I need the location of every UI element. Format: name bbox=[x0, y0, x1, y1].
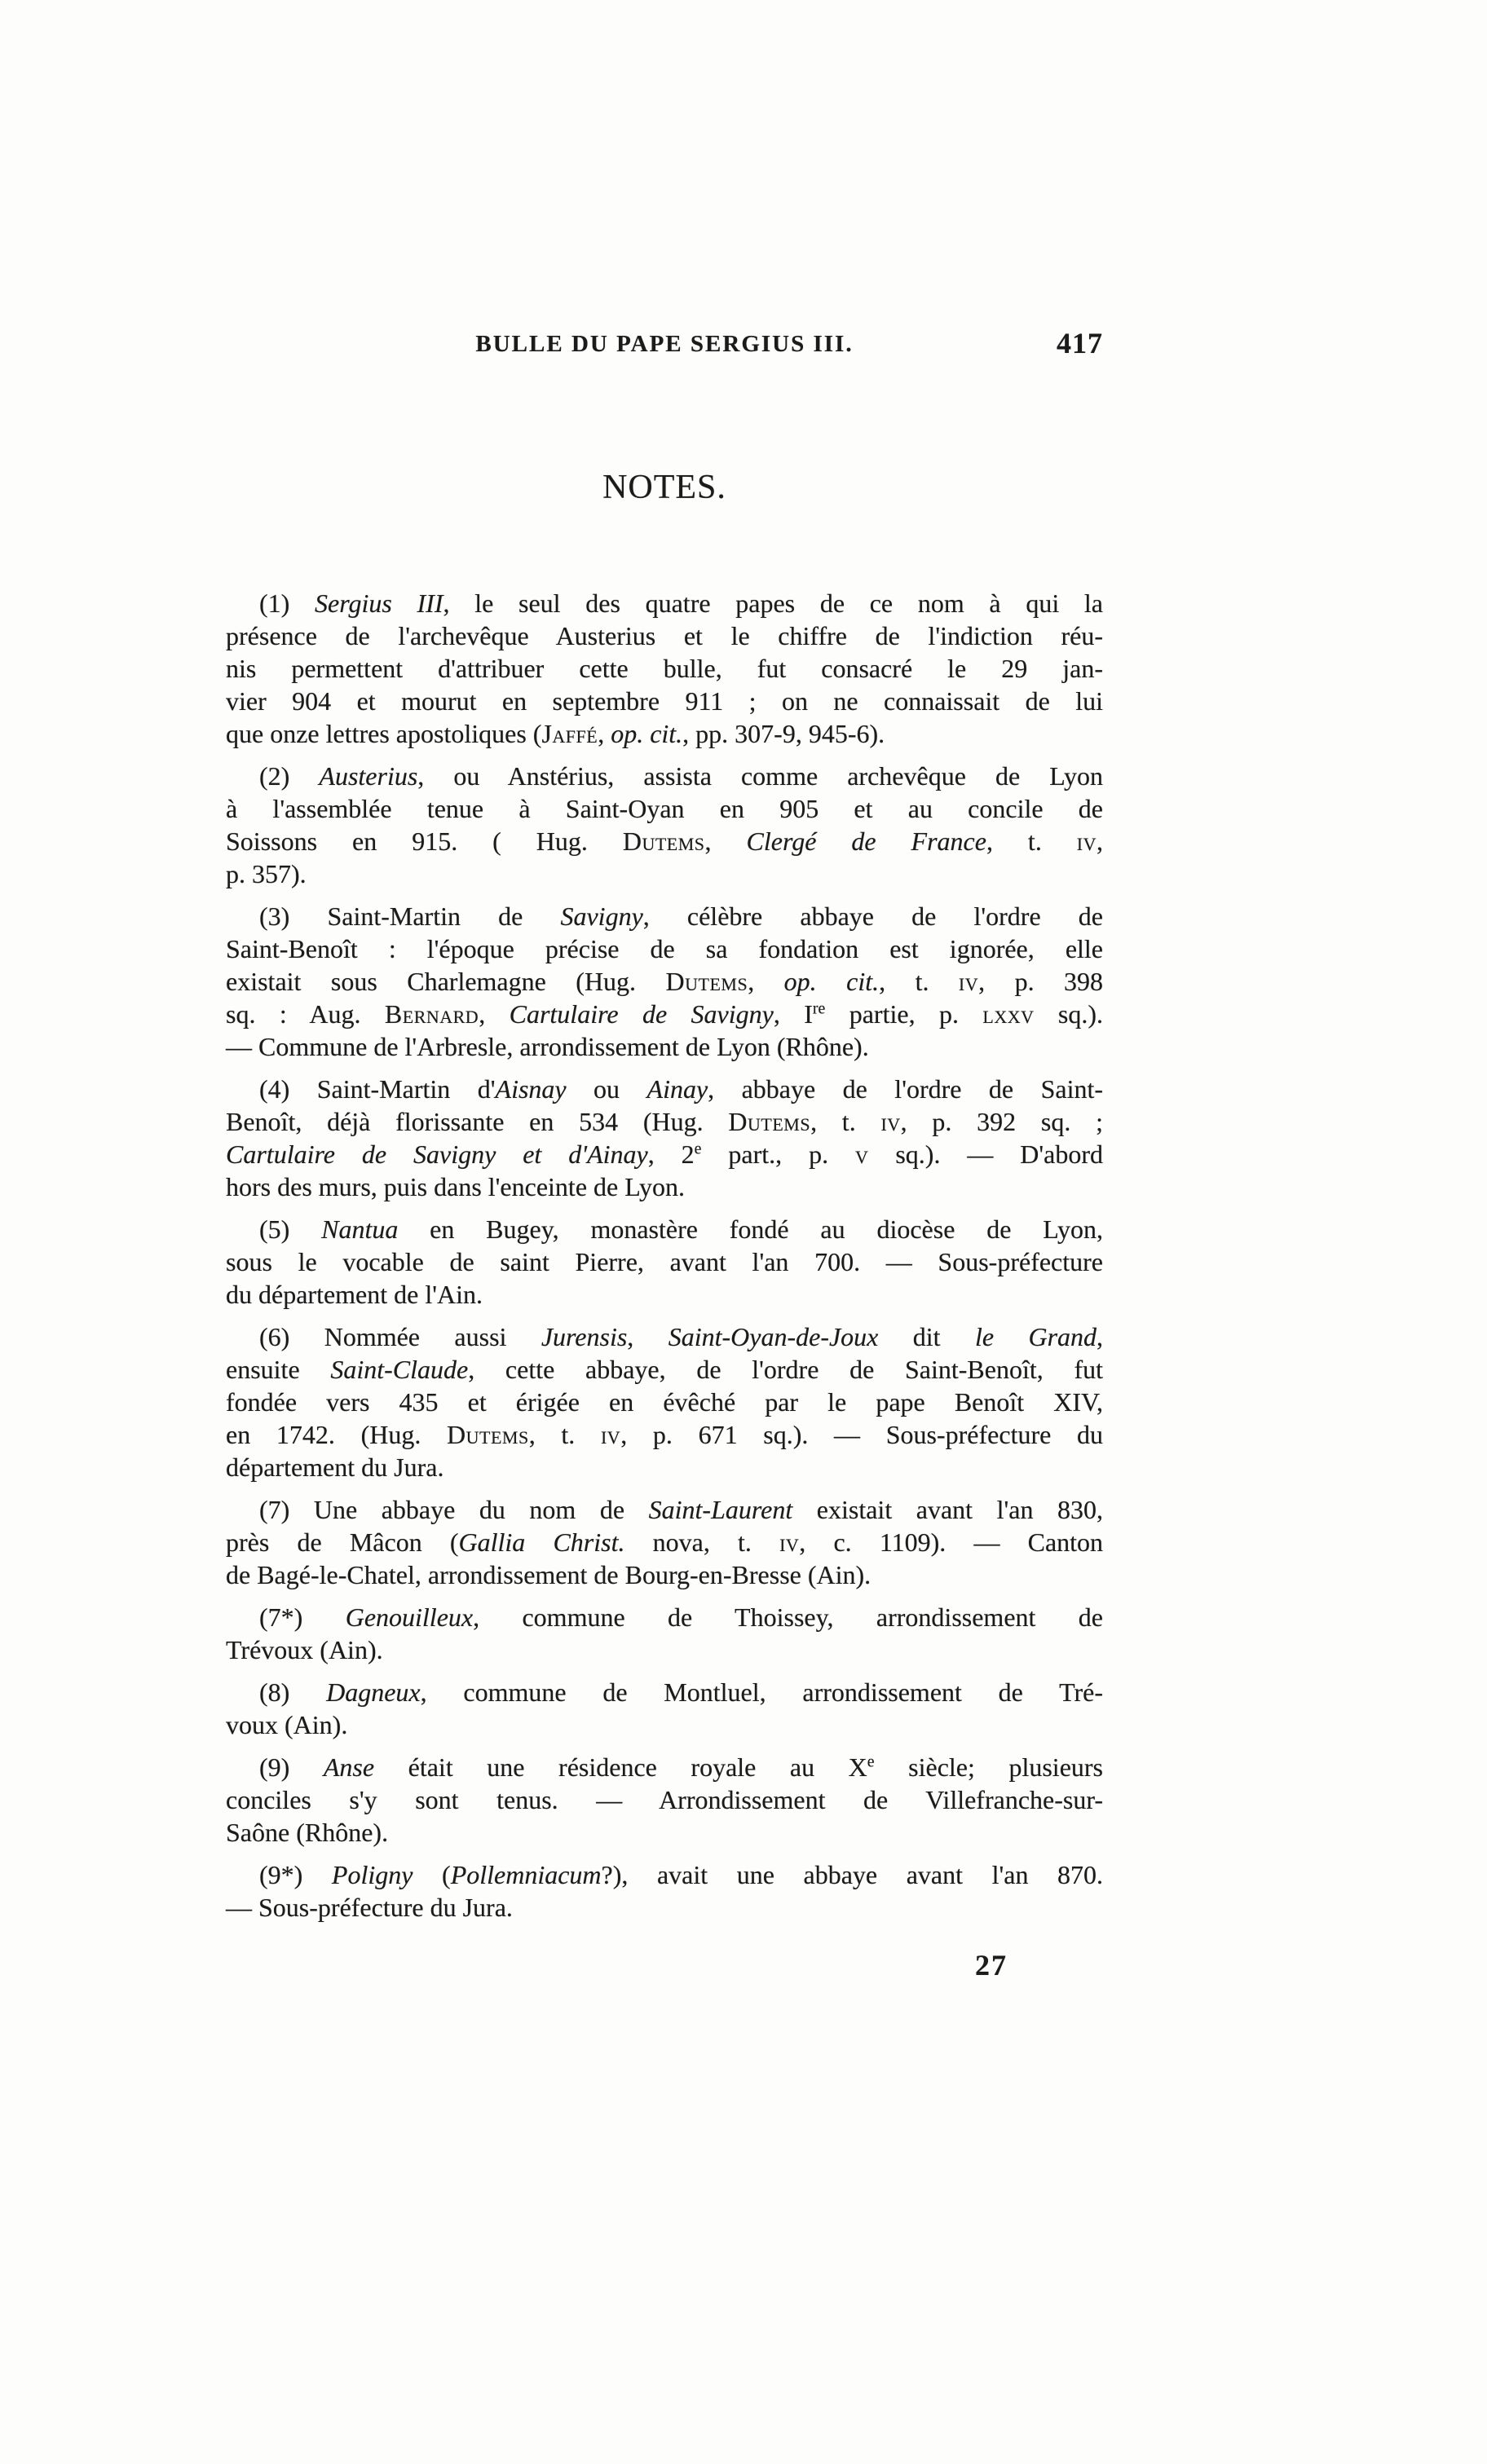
note-text-segment: nova, t. bbox=[625, 1527, 780, 1557]
note-text-segment: (7*) bbox=[259, 1602, 346, 1632]
note-text-segment: Saint-Claude bbox=[330, 1355, 468, 1384]
note-text-segment: Trévoux (Ain). bbox=[226, 1635, 383, 1664]
note-text-segment: op. cit. bbox=[784, 967, 879, 996]
note-text-segment: , bbox=[479, 999, 509, 1029]
note-line: (5) Nantua en Bugey, monastère fondé au … bbox=[226, 1213, 1103, 1245]
note-line: près de Mâcon (Gallia Christ. nova, t. i… bbox=[226, 1526, 1103, 1558]
note-text-segment: , I bbox=[774, 999, 813, 1029]
note-text-segment: , p. 398 bbox=[978, 967, 1103, 996]
signature-mark: 27 bbox=[975, 1948, 1008, 1982]
note-text-segment: Anse bbox=[324, 1752, 374, 1782]
note-text-segment: Jaffé bbox=[541, 719, 598, 748]
note-text-segment: Benoît, déjà florissante en 534 (Hug. bbox=[226, 1107, 728, 1136]
note-text-segment: en 1742. (Hug. bbox=[226, 1420, 447, 1449]
note-text-segment: (9*) bbox=[259, 1860, 332, 1889]
note-text-segment: Cartulaire de Savigny bbox=[510, 999, 774, 1029]
note-text-segment: (8) bbox=[259, 1677, 326, 1707]
note-text-segment: (3) Saint-Martin de bbox=[259, 901, 560, 931]
notes-body: (1) Sergius III, le seul des quatre pape… bbox=[226, 587, 1103, 1924]
note-line: Benoît, déjà florissante en 534 (Hug. Du… bbox=[226, 1105, 1103, 1138]
note-text-segment: Clergé de France bbox=[747, 826, 986, 856]
note-paragraph: (6) Nommée aussi Jurensis, Saint-Oyan-de… bbox=[226, 1320, 1103, 1483]
note-text-segment: — Commune de l'Arbresle, arrondissement … bbox=[226, 1032, 869, 1061]
note-text-segment: Nantua bbox=[321, 1214, 398, 1244]
note-text-segment: Saône (Rhône). bbox=[226, 1818, 388, 1847]
note-text-segment: Bernard bbox=[385, 999, 479, 1029]
note-line: Saint-Benoît : l'époque précise de sa fo… bbox=[226, 932, 1103, 965]
note-text-segment: ?), avait une abbaye avant l'an 870. bbox=[602, 1860, 1104, 1889]
note-text-segment: (9) bbox=[259, 1752, 324, 1782]
note-text-segment: , bbox=[705, 826, 747, 856]
note-text-segment: en Bugey, monastère fondé au diocèse de … bbox=[398, 1214, 1103, 1244]
note-line: à l'assemblée tenue à Saint-Oyan en 905 … bbox=[226, 792, 1103, 825]
note-line: conciles s'y sont tenus. — Arrondissemen… bbox=[226, 1783, 1103, 1816]
note-text-segment: existait sous Charlemagne (Hug. bbox=[226, 967, 666, 996]
note-line: (6) Nommée aussi Jurensis, Saint-Oyan-de… bbox=[226, 1320, 1103, 1353]
note-line: existait sous Charlemagne (Hug. Dutems, … bbox=[226, 965, 1103, 998]
note-text-segment: , 2 bbox=[648, 1139, 695, 1169]
section-heading: NOTES. bbox=[226, 468, 1103, 507]
note-text-segment: (5) bbox=[259, 1214, 321, 1244]
note-line: (8) Dagneux, commune de Montluel, arrond… bbox=[226, 1676, 1103, 1708]
note-paragraph: (9*) Poligny (Pollemniacum?), avait une … bbox=[226, 1858, 1103, 1924]
note-text-segment: le Grand bbox=[975, 1322, 1096, 1351]
note-text-segment: du département de l'Ain. bbox=[226, 1280, 483, 1309]
note-text-segment: Dutems bbox=[728, 1107, 810, 1136]
running-header: BULLE DU PAPE SERGIUS III. 417 bbox=[226, 328, 1103, 364]
note-line: (9*) Poligny (Pollemniacum?), avait une … bbox=[226, 1858, 1103, 1891]
note-paragraph: (3) Saint-Martin de Savigny, célèbre abb… bbox=[226, 900, 1103, 1063]
note-text-segment: Austerius bbox=[319, 761, 417, 791]
note-text-segment: Sergius III bbox=[315, 588, 443, 618]
note-line: département du Jura. bbox=[226, 1451, 1103, 1483]
note-text-segment: Saint-Oyan-de-Joux bbox=[668, 1322, 879, 1351]
note-text-segment: Genouilleux bbox=[346, 1602, 473, 1632]
note-text-segment: que onze lettres apostoliques ( bbox=[226, 719, 541, 748]
note-text-segment: ( bbox=[413, 1860, 450, 1889]
scanned-book-page: BULLE DU PAPE SERGIUS III. 417 NOTES. (1… bbox=[0, 0, 1487, 2464]
note-text-segment: , le seul des quatre papes de ce nom à q… bbox=[443, 588, 1104, 618]
note-paragraph: (7*) Genouilleux, commune de Thoissey, a… bbox=[226, 1601, 1103, 1666]
note-text-segment: Pollemniacum bbox=[451, 1860, 602, 1889]
note-text-segment: lxxv bbox=[982, 999, 1034, 1029]
note-text-segment: re bbox=[813, 999, 825, 1017]
note-paragraph: (2) Austerius, ou Anstérius, assista com… bbox=[226, 760, 1103, 890]
note-line: hors des murs, puis dans l'enceinte de L… bbox=[226, 1170, 1103, 1203]
note-text-segment: Saint-Benoît : l'époque précise de sa fo… bbox=[226, 934, 1103, 963]
note-line: ensuite Saint-Claude, cette abbaye, de l… bbox=[226, 1353, 1103, 1386]
note-line: Saône (Rhône). bbox=[226, 1816, 1103, 1849]
note-text-segment: , p. 671 sq.). — Sous-préfecture du bbox=[620, 1420, 1103, 1449]
note-line: que onze lettres apostoliques (Jaffé, op… bbox=[226, 717, 1103, 750]
note-text-segment: (1) bbox=[259, 588, 315, 618]
note-text-segment: Poligny bbox=[332, 1860, 413, 1889]
note-text-segment: près de Mâcon ( bbox=[226, 1527, 459, 1557]
note-text-segment: partie, p. bbox=[825, 999, 982, 1029]
note-text-segment: vier 904 et mourut en septembre 911 ; on… bbox=[226, 686, 1103, 716]
note-line: de Bagé-le-Chatel, arrondissement de Bou… bbox=[226, 1558, 1103, 1591]
note-text-segment: iv bbox=[880, 1107, 900, 1136]
note-text-segment: Gallia Christ. bbox=[459, 1527, 625, 1557]
note-line: (3) Saint-Martin de Savigny, célèbre abb… bbox=[226, 900, 1103, 932]
note-text-segment: , t. bbox=[879, 967, 959, 996]
note-text-segment: nis permettent d'attribuer cette bulle, … bbox=[226, 654, 1103, 683]
note-line: sous le vocable de saint Pierre, avant l… bbox=[226, 1245, 1103, 1278]
note-text-segment: Dutems bbox=[447, 1420, 529, 1449]
note-text-segment: , c. 1109). — Canton bbox=[799, 1527, 1103, 1557]
note-text-segment: (2) bbox=[259, 761, 319, 791]
note-text-segment: iv bbox=[779, 1527, 799, 1557]
note-text-segment: Jurensis bbox=[541, 1322, 627, 1351]
note-text-segment: (4) Saint-Martin d' bbox=[259, 1074, 496, 1104]
note-text-segment: Dutems bbox=[666, 967, 748, 996]
note-paragraph: (7) Une abbaye du nom de Saint-Laurent e… bbox=[226, 1493, 1103, 1591]
note-paragraph: (8) Dagneux, commune de Montluel, arrond… bbox=[226, 1676, 1103, 1741]
note-text-segment: , commune de Thoissey, arrondissement de bbox=[473, 1602, 1103, 1632]
note-line: voux (Ain). bbox=[226, 1708, 1103, 1741]
note-text-segment: Dagneux bbox=[326, 1677, 421, 1707]
note-text-segment: était une résidence royale au X bbox=[374, 1752, 867, 1782]
note-text-segment: , ou Anstérius, assista comme archevêque… bbox=[417, 761, 1103, 791]
note-line: (7*) Genouilleux, commune de Thoissey, a… bbox=[226, 1601, 1103, 1633]
page-number: 417 bbox=[1057, 326, 1103, 360]
note-text-segment: , bbox=[1096, 1322, 1103, 1351]
note-line: (4) Saint-Martin d'Aisnay ou Ainay, abba… bbox=[226, 1073, 1103, 1105]
note-text-segment: iv bbox=[959, 967, 978, 996]
note-text-segment: e bbox=[867, 1752, 875, 1770]
note-text-segment: de Bagé-le-Chatel, arrondissement de Bou… bbox=[226, 1560, 871, 1589]
note-text-segment: , commune de Montluel, arrondissement de… bbox=[421, 1677, 1103, 1707]
note-text-segment: Dutems bbox=[623, 826, 705, 856]
note-line: Soissons en 915. ( Hug. Dutems, Clergé d… bbox=[226, 825, 1103, 857]
note-text-segment: op. cit. bbox=[611, 719, 682, 748]
note-text-segment: , p. 392 sq. ; bbox=[901, 1107, 1103, 1136]
note-line: (2) Austerius, ou Anstérius, assista com… bbox=[226, 760, 1103, 792]
note-text-segment: sous le vocable de saint Pierre, avant l… bbox=[226, 1247, 1103, 1276]
note-text-segment: , bbox=[1096, 826, 1103, 856]
note-text-segment: conciles s'y sont tenus. — Arrondissemen… bbox=[226, 1785, 1103, 1814]
note-text-segment: , bbox=[627, 1322, 668, 1351]
note-text-segment: Savigny bbox=[560, 901, 642, 931]
note-text-segment: Aisnay bbox=[496, 1074, 567, 1104]
note-line: fondée vers 435 et érigée en évêché par … bbox=[226, 1386, 1103, 1418]
note-text-segment: voux (Ain). bbox=[226, 1710, 347, 1739]
note-line: (7) Une abbaye du nom de Saint-Laurent e… bbox=[226, 1493, 1103, 1526]
note-line: (9) Anse était une résidence royale au X… bbox=[226, 1751, 1103, 1783]
note-line: vier 904 et mourut en septembre 911 ; on… bbox=[226, 685, 1103, 717]
note-text-segment: , bbox=[598, 719, 611, 748]
note-text-segment: , t. bbox=[529, 1420, 601, 1449]
note-text-segment: Cartulaire de Savigny et d'Ainay bbox=[226, 1139, 648, 1169]
note-text-segment: Soissons en 915. ( Hug. bbox=[226, 826, 623, 856]
note-text-segment: , bbox=[748, 967, 783, 996]
note-text-segment: ensuite bbox=[226, 1355, 330, 1384]
note-text-segment: part., p. bbox=[701, 1139, 855, 1169]
note-text-segment: Saint-Laurent bbox=[649, 1495, 793, 1524]
note-text-segment: iv bbox=[601, 1420, 620, 1449]
note-text-segment: , célèbre abbaye de l'ordre de bbox=[643, 901, 1103, 931]
note-text-segment: sq. : Aug. bbox=[226, 999, 385, 1029]
note-text-segment: Ainay bbox=[647, 1074, 708, 1104]
note-text-segment: , pp. 307-9, 945-6). bbox=[682, 719, 885, 748]
note-paragraph: (1) Sergius III, le seul des quatre pape… bbox=[226, 587, 1103, 750]
note-text-segment: v bbox=[855, 1139, 868, 1169]
note-text-segment: présence de l'archevêque Austerius et le… bbox=[226, 621, 1103, 650]
note-paragraph: (5) Nantua en Bugey, monastère fondé au … bbox=[226, 1213, 1103, 1311]
note-text-segment: dit bbox=[878, 1322, 975, 1351]
note-line: (1) Sergius III, le seul des quatre pape… bbox=[226, 587, 1103, 619]
note-line: p. 357). bbox=[226, 857, 1103, 890]
note-text-segment: p. 357). bbox=[226, 859, 307, 888]
note-text-segment: , t. bbox=[810, 1107, 880, 1136]
note-line: Trévoux (Ain). bbox=[226, 1633, 1103, 1666]
note-line: en 1742. (Hug. Dutems, t. iv, p. 671 sq.… bbox=[226, 1418, 1103, 1451]
note-text-segment: , abbaye de l'ordre de Saint- bbox=[708, 1074, 1103, 1104]
running-title: BULLE DU PAPE SERGIUS III. bbox=[226, 331, 1103, 358]
note-paragraph: (9) Anse était une résidence royale au X… bbox=[226, 1751, 1103, 1849]
note-text-segment: département du Jura. bbox=[226, 1452, 443, 1482]
note-text-segment: iv bbox=[1077, 826, 1096, 856]
note-text-segment: siècle; plusieurs bbox=[875, 1752, 1103, 1782]
note-text-segment: à l'assemblée tenue à Saint-Oyan en 905 … bbox=[226, 794, 1103, 823]
note-text-segment: sq.). bbox=[1035, 999, 1104, 1029]
note-line: Cartulaire de Savigny et d'Ainay, 2e par… bbox=[226, 1138, 1103, 1170]
note-line: — Sous-préfecture du Jura. bbox=[226, 1891, 1103, 1924]
note-text-segment: fondée vers 435 et érigée en évêché par … bbox=[226, 1387, 1103, 1417]
note-text-segment: — Sous-préfecture du Jura. bbox=[226, 1893, 513, 1922]
note-text-segment: ou bbox=[567, 1074, 647, 1104]
note-text-segment: hors des murs, puis dans l'enceinte de L… bbox=[226, 1172, 685, 1201]
note-text-segment: existait avant l'an 830, bbox=[792, 1495, 1103, 1524]
note-text-segment: , cette abbaye, de l'ordre de Saint-Beno… bbox=[468, 1355, 1103, 1384]
note-line: sq. : Aug. Bernard, Cartulaire de Savign… bbox=[226, 998, 1103, 1030]
note-text-segment: sq.). — D'abord bbox=[868, 1139, 1103, 1169]
note-text-segment: , t. bbox=[986, 826, 1077, 856]
note-line: présence de l'archevêque Austerius et le… bbox=[226, 619, 1103, 652]
note-paragraph: (4) Saint-Martin d'Aisnay ou Ainay, abba… bbox=[226, 1073, 1103, 1203]
note-line: du département de l'Ain. bbox=[226, 1278, 1103, 1311]
note-text-segment: (6) Nommée aussi bbox=[259, 1322, 541, 1351]
note-text-segment: (7) Une abbaye du nom de bbox=[259, 1495, 649, 1524]
note-line: — Commune de l'Arbresle, arrondissement … bbox=[226, 1030, 1103, 1063]
note-line: nis permettent d'attribuer cette bulle, … bbox=[226, 652, 1103, 685]
